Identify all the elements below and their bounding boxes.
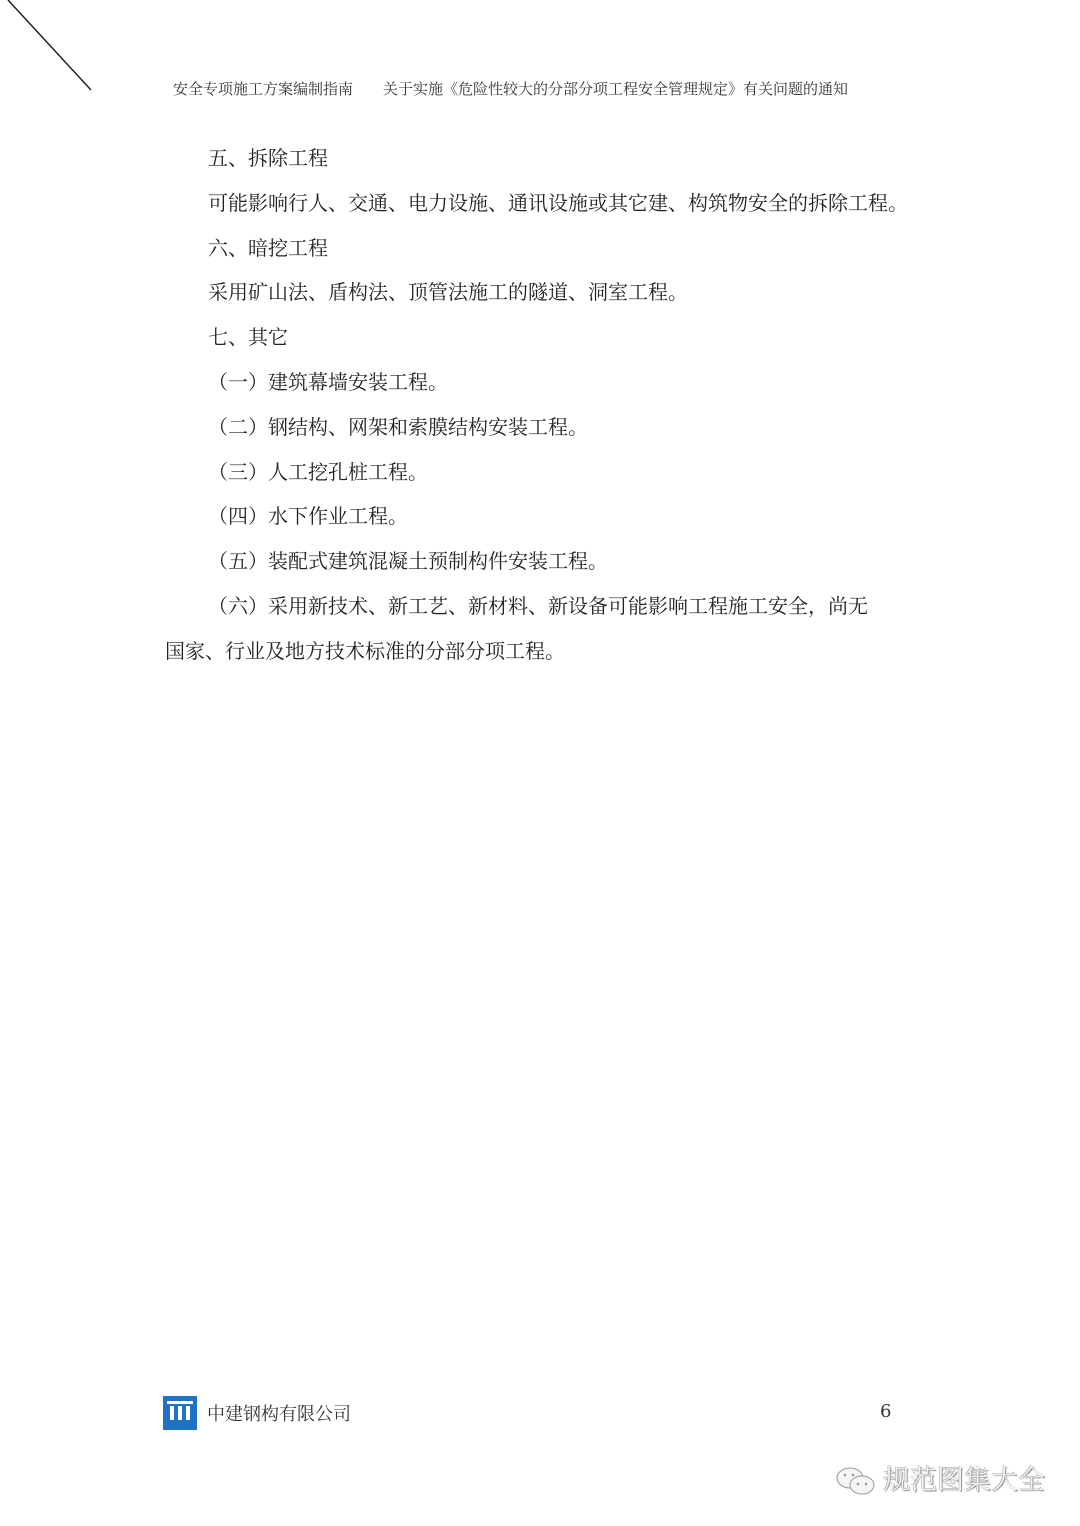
list-item-continuation: 国家、行业及地方技术标准的分部分项工程。 <box>165 629 925 674</box>
section-body: 可能影响行人、交通、电力设施、通讯设施或其它建、构筑物安全的拆除工程。 <box>165 181 925 226</box>
watermark-text: 规范图集大全 <box>883 1465 1045 1496</box>
header-left-title: 安全专项施工方案编制指南 <box>173 80 353 98</box>
list-item: （五）装配式建筑混凝土预制构件安装工程。 <box>165 539 925 584</box>
list-item: （二）钢结构、网架和索膜结构安装工程。 <box>165 405 925 450</box>
cscec-logo-icon <box>163 1396 197 1430</box>
header-right-title: 关于实施《危险性较大的分部分项工程安全管理规定》有关问题的通知 <box>383 80 848 98</box>
watermark: 规范图集大全 <box>835 1458 1045 1499</box>
document-body: 五、拆除工程 可能影响行人、交通、电力设施、通讯设施或其它建、构筑物安全的拆除工… <box>165 136 925 674</box>
section-heading: 七、其它 <box>165 315 925 360</box>
wechat-icon <box>835 1465 877 1499</box>
list-item: （六）采用新技术、新工艺、新材料、新设备可能影响工程施工安全，尚无 <box>165 584 925 629</box>
page-number: 6 <box>880 1401 891 1422</box>
section-body: 采用矿山法、盾构法、顶管法施工的隧道、洞室工程。 <box>165 270 925 315</box>
list-item: （四）水下作业工程。 <box>165 494 925 539</box>
list-item: （三）人工挖孔桩工程。 <box>165 450 925 495</box>
page-header: 安全专项施工方案编制指南关于实施《危险性较大的分部分项工程安全管理规定》有关问题… <box>173 78 848 99</box>
footer-company-name: 中建钢构有限公司 <box>207 1400 351 1426</box>
section-heading: 五、拆除工程 <box>165 136 925 181</box>
section-heading: 六、暗挖工程 <box>165 226 925 271</box>
list-item: （一）建筑幕墙安装工程。 <box>165 360 925 405</box>
corner-decoration-line <box>0 0 100 100</box>
